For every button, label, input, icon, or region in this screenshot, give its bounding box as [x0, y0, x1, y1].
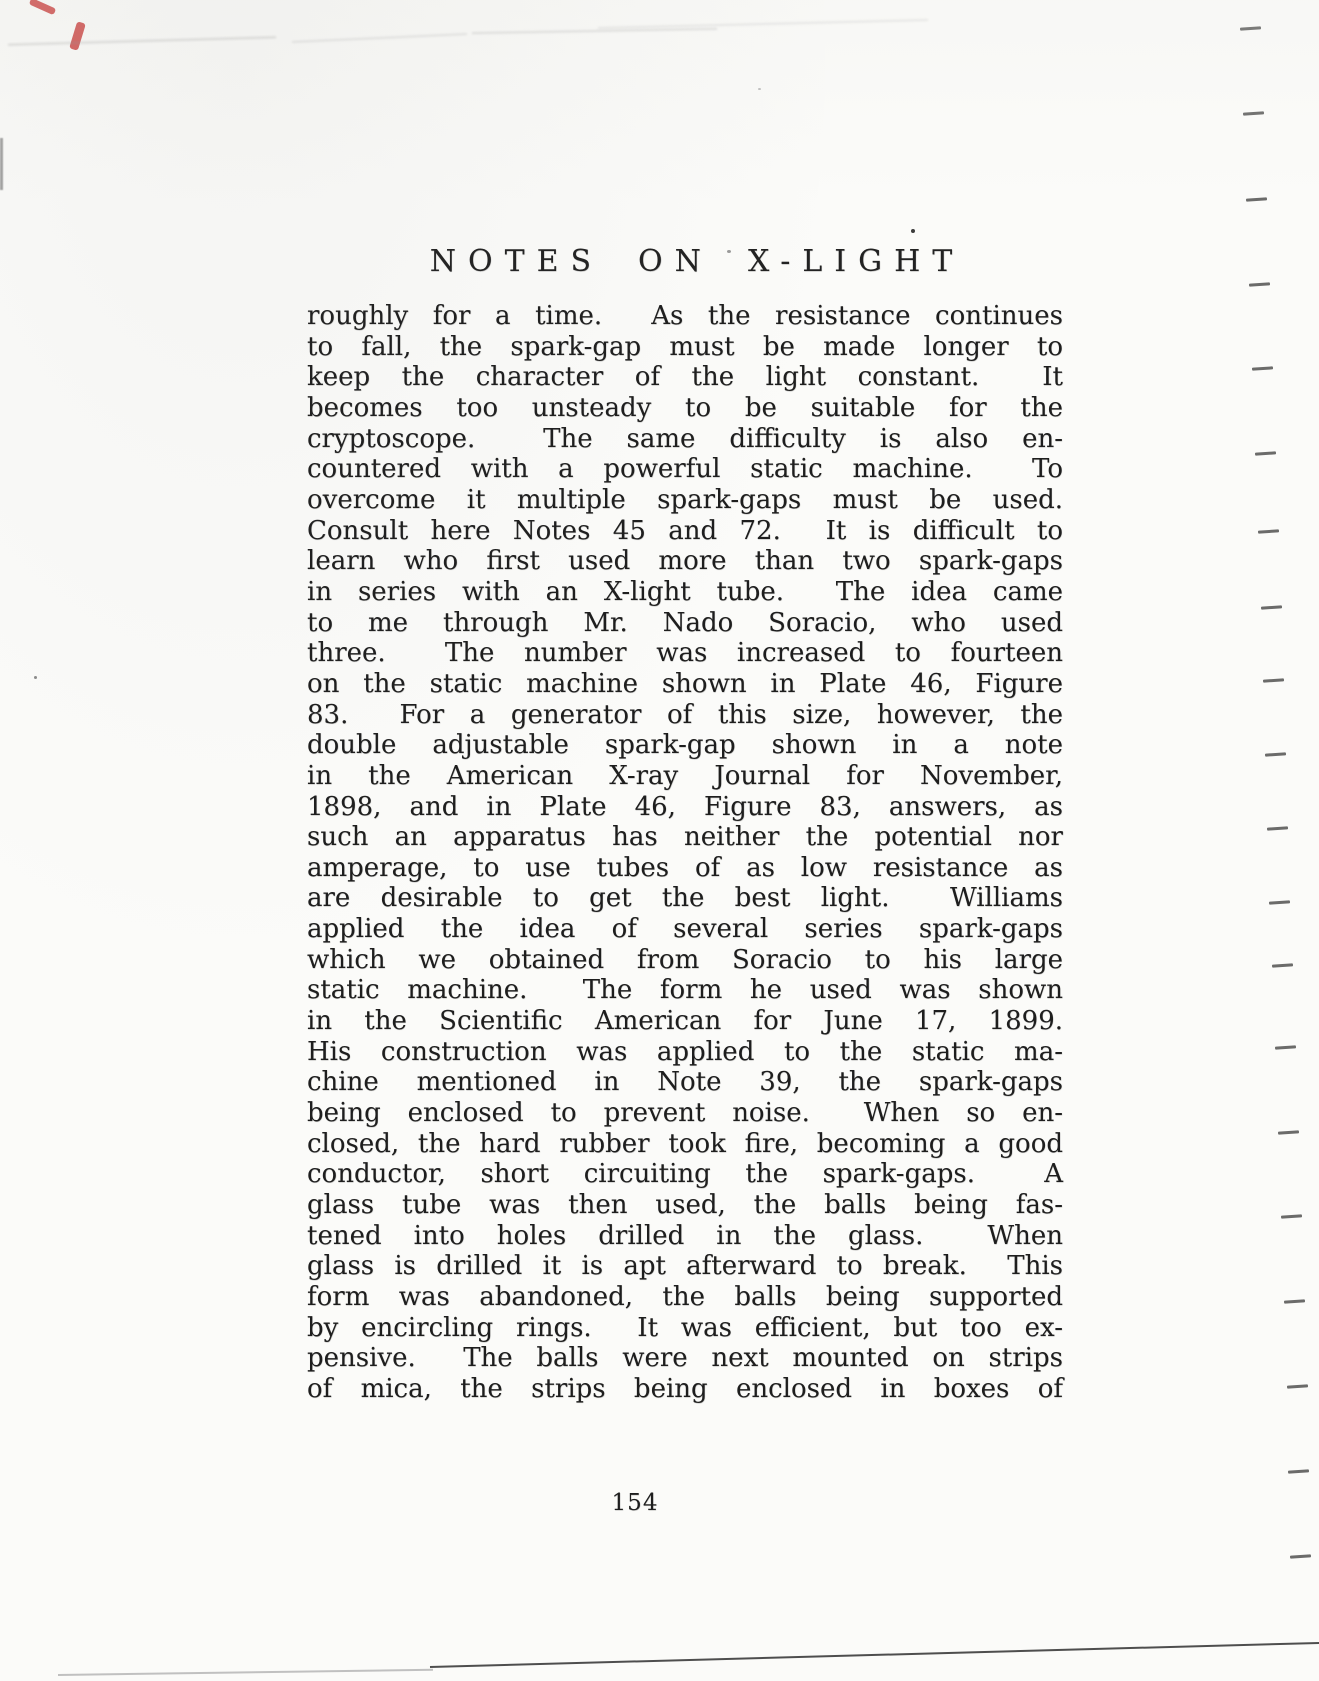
- text-line: double adjustable spark-gap shown in a n…: [307, 730, 1063, 761]
- scan-edge-mark: [0, 138, 3, 190]
- page-edge-dash: [1269, 900, 1290, 904]
- text-line: glass is drilled it is apt afterward to …: [307, 1251, 1063, 1282]
- page-edge-dash: [1287, 1384, 1308, 1388]
- text-line: keep the character of the light constant…: [307, 362, 1063, 393]
- text-line: in series with an X-light tube. The idea…: [307, 577, 1063, 608]
- book-page: NOTES ON X-LIGHT roughly for a time. As …: [0, 0, 1319, 1681]
- page-edge-dash: [1281, 1214, 1302, 1218]
- page-edge-line: [58, 1669, 433, 1676]
- page-edge-dash: [1240, 26, 1261, 30]
- text-line: form was abandoned, the balls being supp…: [307, 1282, 1063, 1313]
- text-line: being enclosed to prevent noise. When so…: [307, 1098, 1063, 1129]
- page-edge-dash: [1249, 282, 1270, 286]
- page-edge-dash: [1252, 366, 1273, 370]
- page-edge-dash: [1246, 197, 1267, 201]
- text-line: Consult here Notes 45 and 72. It is diff…: [307, 516, 1063, 547]
- text-line: in the Scientific American for June 17, …: [307, 1006, 1063, 1037]
- scan-smudge: [292, 33, 467, 43]
- text-line: by encircling rings. It was efficient, b…: [307, 1313, 1063, 1344]
- text-line: becomes too unsteady to be suitable for …: [307, 393, 1063, 424]
- scan-smudge: [8, 36, 276, 45]
- text-line: static machine. The form he used was sho…: [307, 975, 1063, 1006]
- text-line: conductor, short circuiting the spark-ga…: [307, 1159, 1063, 1190]
- page-number: 154: [560, 1490, 710, 1516]
- text-line: closed, the hard rubber took fire, becom…: [307, 1129, 1063, 1160]
- text-line: to fall, the spark-gap must be made long…: [307, 332, 1063, 363]
- text-line: learn who first used more than two spark…: [307, 546, 1063, 577]
- scan-speck: [34, 676, 37, 679]
- text-line: chine mentioned in Note 39, the spark-ga…: [307, 1067, 1063, 1098]
- page-edge-dash: [1243, 111, 1264, 115]
- text-line: applied the idea of several series spark…: [307, 914, 1063, 945]
- page-edge-dash: [1258, 529, 1279, 533]
- page-edge-dash: [1263, 678, 1284, 682]
- text-line: three. The number was increased to fourt…: [307, 638, 1063, 669]
- text-line: tened into holes drilled in the glass. W…: [307, 1221, 1063, 1252]
- text-line: are desirable to get the best light. Wil…: [307, 883, 1063, 914]
- text-line: roughly for a time. As the resistance co…: [307, 301, 1063, 332]
- page-edge-dash: [1255, 451, 1276, 455]
- page-edge-dash: [1288, 1469, 1309, 1473]
- text-line: to me through Mr. Nado Soracio, who used: [307, 608, 1063, 639]
- text-line: glass tube was then used, the balls bein…: [307, 1190, 1063, 1221]
- page-edge-dash: [1261, 605, 1282, 609]
- page-edge-dash: [1265, 752, 1286, 756]
- red-pen-mark: [29, 0, 57, 15]
- text-line: 1898, and in Plate 46, Figure 83, answer…: [307, 792, 1063, 823]
- page-edge-dash: [1290, 1554, 1311, 1558]
- scan-speck: [758, 88, 761, 90]
- text-line: overcome it multiple spark-gaps must be …: [307, 485, 1063, 516]
- text-line: which we obtained from Soracio to his la…: [307, 945, 1063, 976]
- scan-smudge: [598, 19, 928, 29]
- page-edge-dash: [1267, 826, 1288, 830]
- page-edge-dash: [1278, 1130, 1299, 1134]
- text-line: pensive. The balls were next mounted on …: [307, 1343, 1063, 1374]
- body-text: roughly for a time. As the resistance co…: [307, 301, 1063, 1405]
- scan-speck: [911, 229, 915, 233]
- page-edge-dash: [1272, 963, 1293, 967]
- text-line: 83. For a generator of this size, howeve…: [307, 700, 1063, 731]
- scan-smudge: [472, 28, 717, 34]
- text-line: on the static machine shown in Plate 46,…: [307, 669, 1063, 700]
- text-line: such an apparatus has neither the potent…: [307, 822, 1063, 853]
- text-line: in the American X-ray Journal for Novemb…: [307, 761, 1063, 792]
- red-pen-mark: [69, 21, 86, 50]
- text-line: of mica, the strips being enclosed in bo…: [307, 1374, 1063, 1405]
- page-title: NOTES ON X-LIGHT: [307, 244, 1075, 279]
- page-edge-line: [430, 1642, 1319, 1669]
- text-line: His construction was applied to the stat…: [307, 1037, 1063, 1068]
- text-line: cryptoscope. The same difficulty is also…: [307, 424, 1063, 455]
- text-line: amperage, to use tubes of as low resista…: [307, 853, 1063, 884]
- text-line: countered with a powerful static machine…: [307, 454, 1063, 485]
- page-edge-dash: [1275, 1045, 1296, 1049]
- page-edge-dash: [1284, 1299, 1305, 1303]
